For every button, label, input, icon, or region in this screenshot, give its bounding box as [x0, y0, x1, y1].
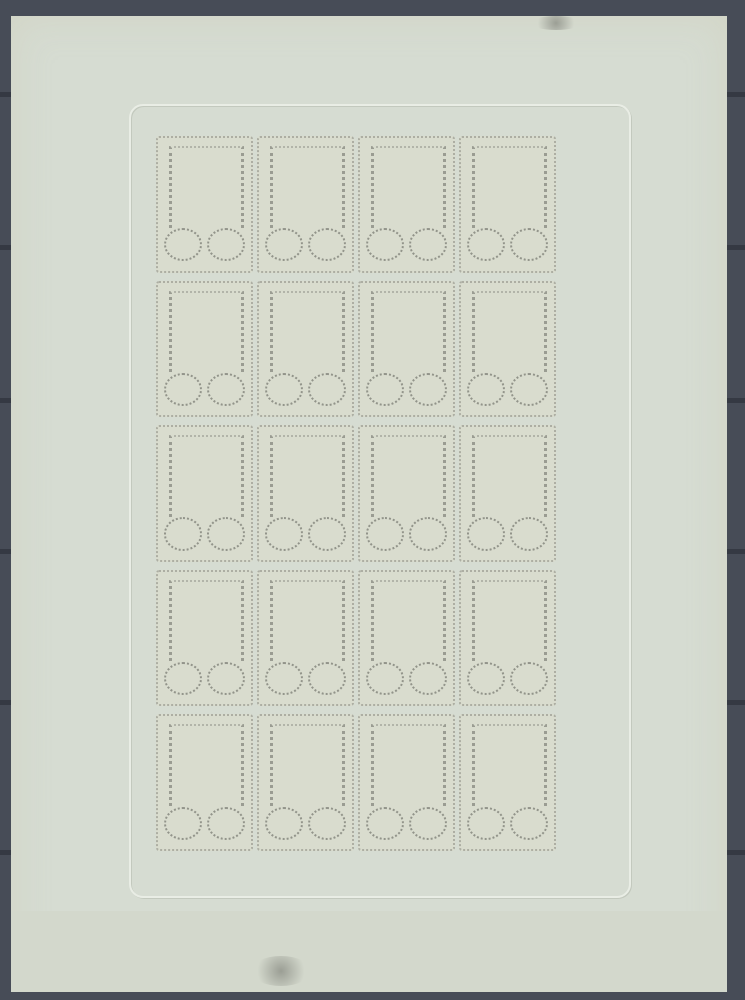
stamp-show-through	[358, 136, 455, 273]
value-tablets	[164, 662, 246, 691]
value-tablets	[467, 228, 549, 257]
oval-tablet	[366, 807, 404, 840]
ink-smudge	[531, 16, 581, 30]
oval-tablet	[265, 517, 303, 550]
sheet-bottom-margin	[11, 911, 727, 992]
value-tablets	[164, 807, 246, 836]
value-tablets	[265, 373, 347, 402]
oval-tablet	[510, 662, 548, 695]
oval-tablet	[308, 517, 346, 550]
oval-tablet	[467, 807, 505, 840]
ink-smudge	[251, 956, 311, 986]
stamp-frame	[169, 580, 244, 662]
oval-tablet	[409, 228, 447, 261]
stamp-frame	[169, 146, 244, 228]
stamp-frame	[371, 291, 446, 373]
stamp-show-through	[257, 570, 354, 707]
stamp-show-through	[459, 136, 556, 273]
stamp-show-through	[459, 570, 556, 707]
oval-tablet	[409, 807, 447, 840]
oval-tablet	[366, 373, 404, 406]
stamp-frame	[270, 291, 345, 373]
oval-tablet	[164, 228, 202, 261]
value-tablets	[467, 373, 549, 402]
oval-tablet	[164, 517, 202, 550]
value-tablets	[366, 662, 448, 691]
value-tablets	[164, 228, 246, 257]
stamp-frame	[472, 146, 547, 228]
stamp-show-through	[156, 714, 253, 851]
value-tablets	[467, 662, 549, 691]
oval-tablet	[207, 228, 245, 261]
stamp-frame	[270, 146, 345, 228]
oval-tablet	[510, 807, 548, 840]
oval-tablet	[164, 807, 202, 840]
stamp-frame	[472, 291, 547, 373]
stamp-frame	[270, 580, 345, 662]
stamp-show-through	[358, 714, 455, 851]
oval-tablet	[467, 662, 505, 695]
oval-tablet	[409, 373, 447, 406]
oval-tablet	[164, 373, 202, 406]
value-tablets	[366, 517, 448, 546]
stamp-frame	[371, 724, 446, 806]
stamp-frame	[169, 291, 244, 373]
oval-tablet	[207, 373, 245, 406]
oval-tablet	[366, 517, 404, 550]
stamp-show-through	[156, 136, 253, 273]
oval-tablet	[164, 662, 202, 695]
stamp-show-through	[459, 425, 556, 562]
oval-tablet	[308, 228, 346, 261]
oval-tablet	[366, 228, 404, 261]
stamp-frame	[371, 146, 446, 228]
oval-tablet	[265, 662, 303, 695]
value-tablets	[366, 228, 448, 257]
stamp-show-through	[257, 425, 354, 562]
stamp-show-through	[257, 136, 354, 273]
oval-tablet	[308, 373, 346, 406]
value-tablets	[265, 228, 347, 257]
stamp-frame	[371, 435, 446, 517]
value-tablets	[265, 662, 347, 691]
oval-tablet	[510, 517, 548, 550]
stamp-show-through	[156, 425, 253, 562]
oval-tablet	[308, 807, 346, 840]
oval-tablet	[308, 662, 346, 695]
value-tablets	[366, 373, 448, 402]
oval-tablet	[207, 807, 245, 840]
stamp-frame	[371, 580, 446, 662]
oval-tablet	[510, 373, 548, 406]
oval-tablet	[409, 517, 447, 550]
oval-tablet	[510, 228, 548, 261]
stamp-frame	[270, 435, 345, 517]
oval-tablet	[207, 662, 245, 695]
stamp-show-through	[358, 570, 455, 707]
oval-tablet	[467, 373, 505, 406]
oval-tablet	[265, 807, 303, 840]
oval-tablet	[207, 517, 245, 550]
stamp-frame	[169, 724, 244, 806]
value-tablets	[265, 517, 347, 546]
stamp-show-through	[156, 281, 253, 418]
stamp-frame	[169, 435, 244, 517]
stamp-show-through	[156, 570, 253, 707]
stamp-grid	[156, 136, 556, 851]
stamp-show-through	[459, 714, 556, 851]
value-tablets	[265, 807, 347, 836]
oval-tablet	[467, 228, 505, 261]
stamp-show-through	[257, 281, 354, 418]
stamp-show-through	[358, 281, 455, 418]
oval-tablet	[366, 662, 404, 695]
stamp-frame	[472, 580, 547, 662]
value-tablets	[164, 373, 246, 402]
stamp-frame	[270, 724, 345, 806]
value-tablets	[164, 517, 246, 546]
oval-tablet	[265, 373, 303, 406]
stamp-show-through	[257, 714, 354, 851]
oval-tablet	[409, 662, 447, 695]
stamp-show-through	[459, 281, 556, 418]
stamp-frame	[472, 724, 547, 806]
value-tablets	[366, 807, 448, 836]
value-tablets	[467, 807, 549, 836]
oval-tablet	[265, 228, 303, 261]
stamp-frame	[472, 435, 547, 517]
stamp-show-through	[358, 425, 455, 562]
oval-tablet	[467, 517, 505, 550]
value-tablets	[467, 517, 549, 546]
